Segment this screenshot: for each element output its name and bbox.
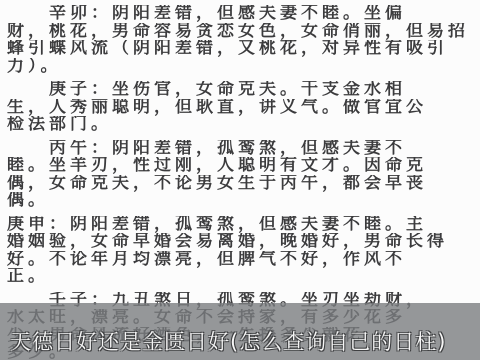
text-line: 丙午：阴阳差错，孤鸾煞，但感夫妻不	[7, 140, 480, 158]
text-line: 好。不论年月均漂亮，但脾气不好，作风不	[7, 251, 480, 269]
text-line: 蜂引蝶风流（阴阳差错，又桃花，对异性有吸引	[7, 40, 480, 58]
paragraph: 丙午：阴阳差错，孤鸾煞，但感夫妻不睦。坐羊刃，性过刚，人聪明有文才。因命克偶，女…	[7, 140, 480, 210]
paragraph: 庚申：阴阳差错，孤鸾煞，但感夫妻不睦。主婚姻验，女命早婚会易离婚，晚婚好，男命长…	[7, 216, 480, 286]
text-line: 偶。	[7, 192, 480, 210]
text-line: 检法部门。	[7, 116, 480, 134]
paragraph: 庚子：坐伤官，女命克夫。干支金水相生，人秀丽聪明，但耿直，讲义气。做官宜公检法部…	[7, 81, 480, 134]
text-line: 生，人秀丽聪明，但耿直，讲义气。做官宜公	[7, 99, 480, 117]
caption-title: 天德日好还是金匮日好(怎么查询自己的日柱)	[10, 326, 446, 356]
text-line: 力）。	[7, 58, 480, 76]
paragraph: 辛卯：阴阳差错，但感夫妻不睦。坐偏财，桃花，男命容易贪恋女色，女命俏丽，但易招蜂…	[7, 5, 480, 75]
text-line: 偶，女命克夫，不论男女生于丙午，都会早丧	[7, 175, 480, 193]
text-line: 正。	[7, 268, 480, 286]
text-line: 庚子：坐伤官，女命克夫。干支金水相	[7, 81, 480, 99]
text-line: 辛卯：阴阳差错，但感夫妻不睦。坐偏	[7, 5, 480, 23]
text-line: 婚姻验，女命早婚会易离婚，晚婚好，男命长得	[7, 233, 480, 251]
text-line: 庚申：阴阳差错，孤鸾煞，但感夫妻不睦。主	[7, 216, 480, 234]
caption-band: 天德日好还是金匮日好(怎么查询自己的日柱)	[0, 303, 480, 360]
text-line: 财，桃花，男命容易贪恋女色，女命俏丽，但易招	[7, 23, 480, 41]
article-image: 辛卯：阴阳差错，但感夫妻不睦。坐偏财，桃花，男命容易贪恋女色，女命俏丽，但易招蜂…	[0, 0, 480, 360]
text-line: 睦。坐羊刃，性过刚，人聪明有文才。因命克	[7, 157, 480, 175]
